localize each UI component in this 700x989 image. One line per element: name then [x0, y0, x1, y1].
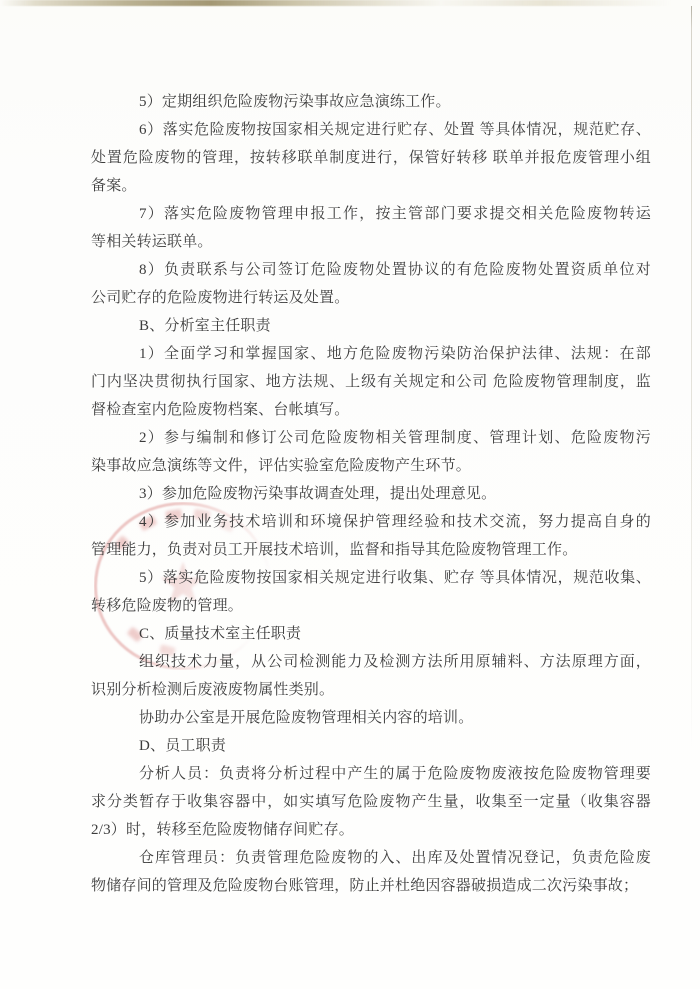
text-line: 转移危险废物的管理。: [91, 592, 651, 620]
text-line: 3）参加危险废物污染事故调查处理，提出处理意见。: [91, 480, 651, 508]
text-line: 4）参加业务技术培训和环境保护管理经验和技术交流，努力提高自身的: [91, 508, 651, 536]
text-line: 物储存间的管理及危险废物台账管理，防止并杜绝因容器破损造成二次污染事故；: [91, 872, 651, 900]
text-line: 2）参与编制和修订公司危险废物相关管理制度、管理计划、危险废物污: [91, 424, 651, 452]
text-line: 8）负责联系与公司签订危险废物处置协议的有危险废物处置资质单位对: [91, 256, 651, 284]
text-line: 协助办公室是开展危险废物管理相关内容的培训。: [91, 704, 651, 732]
text-line: 组织技术力量，从公司检测能力及检测方法所用原辅料、方法原理方面，: [91, 648, 651, 676]
text-line: 染事故应急演练等文件，评估实验室危险废物产生环节。: [91, 452, 651, 480]
text-line: 5）定期组织危险废物污染事故应急演练工作。: [91, 88, 651, 116]
text-line: 2/3）时，转移至危险废物储存间贮存。: [91, 816, 651, 844]
text-line: 仓库管理员：负责管理危险废物的入、出库及处置情况登记，负责危险废: [91, 844, 651, 872]
scan-fold-line: [691, 6, 692, 746]
text-line: 督检查室内危险废物档案、台帐填写。: [91, 396, 651, 424]
text-line: C、质量技术室主任职责: [91, 620, 651, 648]
text-line: 7）落实危险废物管理申报工作，按主管部门要求提交相关危险废物转运: [91, 200, 651, 228]
text-line: 1）全面学习和掌握国家、地方危险废物污染防治保护法律、法规：在部: [91, 340, 651, 368]
text-line: 6）落实危险废物按国家相关规定进行贮存、处置 等具体情况，规范贮存、: [91, 116, 651, 144]
text-line: 公司贮存的危险废物进行转运及处置。: [91, 284, 651, 312]
text-line: 分析人员：负责将分析过程中产生的属于危险废物废液按危险废物管理要: [91, 760, 651, 788]
text-line: 处置危险废物的管理，按转移联单制度进行，保管好转移 联单并报危废管理小组: [91, 144, 651, 172]
text-line: 求分类暂存于收集容器中，如实填写危险废物产生量，收集至一定量（收集容器: [91, 788, 651, 816]
text-line: 备案。: [91, 172, 651, 200]
page-background: ★ 5）定期组织危险废物污染事故应急演练工作。6）落实危险废物按国家相关规定进行…: [0, 0, 700, 989]
text-line: B、分析室主任职责: [91, 312, 651, 340]
document-text: 5）定期组织危险废物污染事故应急演练工作。6）落实危险废物按国家相关规定进行贮存…: [91, 88, 651, 900]
text-line: 管理能力，负责对员工开展技术培训，监督和指导其危险废物管理工作。: [91, 536, 651, 564]
scan-edge-artifact: [0, 0, 700, 6]
text-line: 识别分析检测后废液废物属性类别。: [91, 676, 651, 704]
scanned-document-page: { "page": { "background": "#fdfdfb", "te…: [0, 0, 700, 989]
text-line: D、员工职责: [91, 732, 651, 760]
text-line: 等相关转运联单。: [91, 228, 651, 256]
text-line: 门内坚决贯彻执行国家、地方法规、上级有关规定和公司 危险废物管理制度，监: [91, 368, 651, 396]
text-line: 5）落实危险废物按国家相关规定进行收集、贮存 等具体情况，规范收集、: [91, 564, 651, 592]
